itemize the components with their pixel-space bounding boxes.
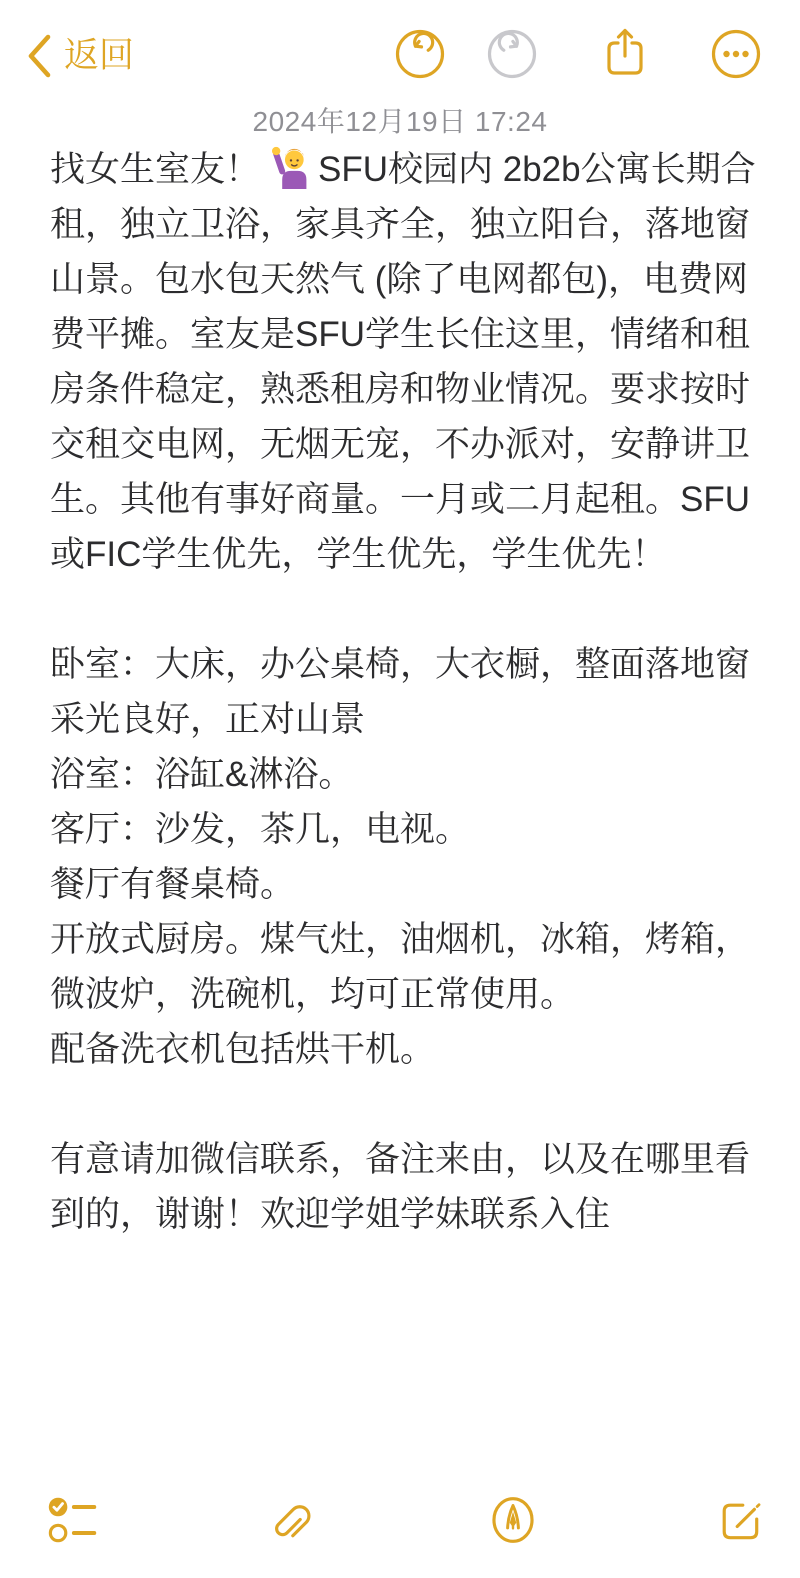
note-line: 或FIC学生优先，学生优先，学生优先！ <box>50 527 760 582</box>
note-line: 浴室：浴缸&淋浴。 <box>50 747 760 802</box>
redo-icon[interactable] <box>486 28 538 80</box>
note-line: 采光良好，正对山景 <box>50 692 760 747</box>
note-line: 生。其他有事好商量。一月或二月起租。SFU <box>50 472 760 527</box>
note-body[interactable]: 找女生室友！ SFU校园内 2b2b公寓长期合 租，独立卫浴，家具齐全，独立阳台… <box>50 142 760 1242</box>
note-line: 山景。包水包天然气 (除了电网都包)，电费网 <box>50 252 760 307</box>
compose-icon[interactable] <box>714 1494 766 1546</box>
note-line: 租，独立卫浴，家具齐全，独立阳台，落地窗 <box>50 197 760 252</box>
note-line: 有意请加微信联系，备注来由，以及在哪里看 <box>50 1132 760 1187</box>
undo-icon[interactable] <box>394 28 446 80</box>
note-line: 交租交电网，无烟无宠，不办派对，安静讲卫 <box>50 417 760 472</box>
note-line: 餐厅有餐桌椅。 <box>50 857 760 912</box>
notes-app-screen: 返回 2024年12月19日 17:24 找女生 <box>0 0 800 1578</box>
note-line: 房条件稳定，熟悉租房和物业情况。要求按时 <box>50 362 760 417</box>
person-raising-hand-emoji <box>268 145 314 189</box>
markup-pen-icon[interactable] <box>487 1494 539 1546</box>
note-line: 找女生室友！ SFU校园内 2b2b公寓长期合 <box>50 142 760 197</box>
back-button[interactable]: 返回 <box>26 30 134 82</box>
back-button-label: 返回 <box>64 30 134 82</box>
note-line: 卧室：大床，办公桌椅，大衣橱，整面落地窗 <box>50 637 760 692</box>
note-line: 开放式厨房。煤气灶，油烟机，冰箱，烤箱， <box>50 912 760 967</box>
checklist-icon[interactable] <box>46 1494 98 1546</box>
note-line-blank <box>50 582 760 637</box>
note-line-blank <box>50 1077 760 1132</box>
note-line: 客厅：沙发，茶几，电视。 <box>50 802 760 857</box>
attachment-paperclip-icon[interactable] <box>264 1494 316 1546</box>
note-line: 到的，谢谢！欢迎学姐学妹联系入住 <box>50 1187 760 1242</box>
note-date: 2024年12月19日 17:24 <box>0 100 800 140</box>
back-chevron-icon <box>26 33 52 79</box>
more-icon[interactable] <box>710 28 762 80</box>
note-line: 微波炉，洗碗机，均可正常使用。 <box>50 967 760 1022</box>
note-line: 费平摊。室友是SFU学生长住这里，情绪和租 <box>50 307 760 362</box>
share-icon[interactable] <box>599 25 651 77</box>
note-line: 配备洗衣机包括烘干机。 <box>50 1022 760 1077</box>
